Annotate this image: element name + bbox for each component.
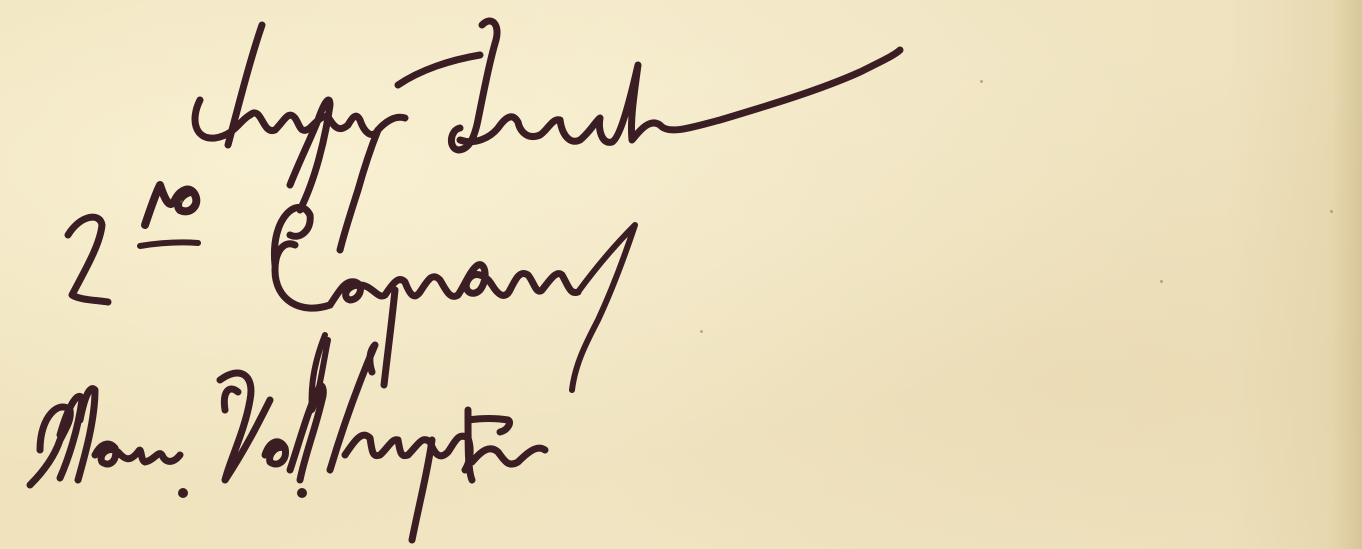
period-dot: [178, 488, 188, 498]
handwriting: [0, 0, 1362, 549]
paper-speck: [180, 200, 183, 203]
handwriting-line-name: [195, 21, 900, 250]
paper-speck: [1330, 210, 1333, 213]
paper-speck: [700, 330, 703, 333]
handwriting-line-unit: [68, 100, 635, 390]
paper-speck: [980, 80, 983, 83]
document-paper: Ivory Leach 2nd Company Mass. Vol. Sharp…: [0, 0, 1362, 549]
handwriting-line-regiment: [30, 335, 545, 540]
paper-speck: [1160, 280, 1163, 283]
period-dot: [297, 488, 307, 498]
